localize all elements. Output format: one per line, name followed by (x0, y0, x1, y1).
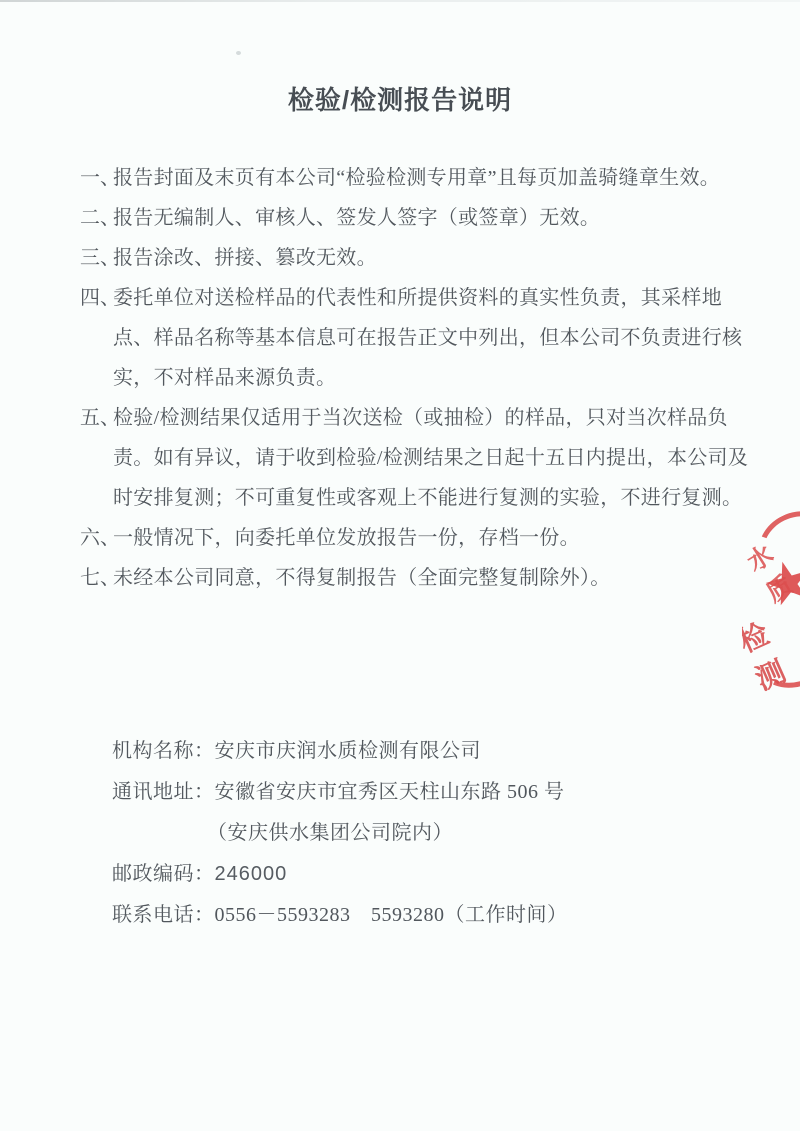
note-item-3: 三、 报告涂改、拼接、篡改无效。 (80, 238, 752, 278)
note-item-6: 六、 一般情况下，向委托单位发放报告一份，存档一份。 (80, 518, 752, 558)
note-marker: 二、 (80, 198, 113, 238)
report-notes-page: 检验/检测报告说明 一、 报告封面及末页有本公司“检验检测专用章”且每页加盖骑缝… (0, 0, 800, 1131)
page-title: 检验/检测报告说明 (0, 84, 800, 116)
note-marker: 五、 (80, 398, 113, 438)
note-text: 报告无编制人、审核人、签发人签字（或签章）无效。 (113, 198, 752, 238)
contact-info-block: 机构名称：安庆市庆润水质检测有限公司 通讯地址：安徽省安庆市宜秀区天柱山东路 5… (112, 731, 568, 936)
org-name-label: 机构名称： (112, 740, 215, 762)
note-text: 报告涂改、拼接、篡改无效。 (113, 238, 752, 278)
address-row: 通讯地址：安徽省安庆市宜秀区天柱山东路 506 号 (112, 772, 568, 813)
note-item-2: 二、 报告无编制人、审核人、签发人签字（或签章）无效。 (80, 198, 752, 238)
zip-code-label: 邮政编码： (112, 863, 215, 885)
note-marker: 七、 (80, 558, 113, 598)
address-label: 通讯地址： (112, 781, 215, 803)
note-marker: 一、 (80, 158, 113, 198)
phone-row: 联系电话：0556－5593283 5593280（工作时间） (112, 895, 568, 936)
note-marker: 三、 (80, 238, 113, 278)
note-marker: 四、 (80, 278, 113, 318)
zip-code-row: 邮政编码：246000 (112, 854, 568, 895)
seal-border-arc-top (749, 505, 800, 584)
org-name-row: 机构名称：安庆市庆润水质检测有限公司 (112, 731, 568, 772)
address-value: 安徽省安庆市宜秀区天柱山东路 506 号 (215, 781, 565, 803)
note-text: 报告封面及末页有本公司“检验检测专用章”且每页加盖骑缝章生效。 (113, 158, 752, 198)
org-name-value: 安庆市庆润水质检测有限公司 (215, 740, 482, 762)
note-text: 一般情况下，向委托单位发放报告一份，存档一份。 (113, 518, 752, 558)
phone-value: 0556－5593283 5593280（工作时间） (215, 904, 568, 926)
report-notes-list: 一、 报告封面及末页有本公司“检验检测专用章”且每页加盖骑缝章生效。 二、 报告… (80, 158, 752, 598)
zip-code-value: 246000 (215, 863, 288, 885)
address-row-2: （安庆供水集团公司院内） (112, 813, 568, 854)
note-text: 委托单位对送检样品的代表性和所提供资料的真实性负责，其采样地点、样品名称等基本信… (113, 278, 752, 398)
scan-dot-artifact (236, 51, 241, 55)
note-item-5: 五、 检验/检测结果仅适用于当次送检（或抽检）的样品，只对当次样品负责。如有异议… (80, 398, 752, 518)
seal-border-arc-bottom (749, 617, 800, 697)
phone-label: 联系电话： (112, 904, 215, 926)
seal-text-bottom: 检测 (742, 602, 800, 699)
note-item-4: 四、 委托单位对送检样品的代表性和所提供资料的真实性负责，其采样地点、样品名称等… (80, 278, 752, 398)
scan-top-edge (0, 0, 800, 2)
note-marker: 六、 (80, 518, 113, 558)
address-value-line2: （安庆供水集团公司院内） (207, 822, 453, 844)
note-text: 未经本公司同意，不得复制报告（全面完整复制除外）。 (113, 558, 752, 598)
star-icon: ★ (756, 549, 800, 618)
note-text: 检验/检测结果仅适用于当次送检（或抽检）的样品，只对当次样品负责。如有异议，请于… (113, 398, 752, 518)
note-item-7: 七、 未经本公司同意，不得复制报告（全面完整复制除外）。 (80, 558, 752, 598)
note-item-1: 一、 报告封面及末页有本公司“检验检测专用章”且每页加盖骑缝章生效。 (80, 158, 752, 198)
